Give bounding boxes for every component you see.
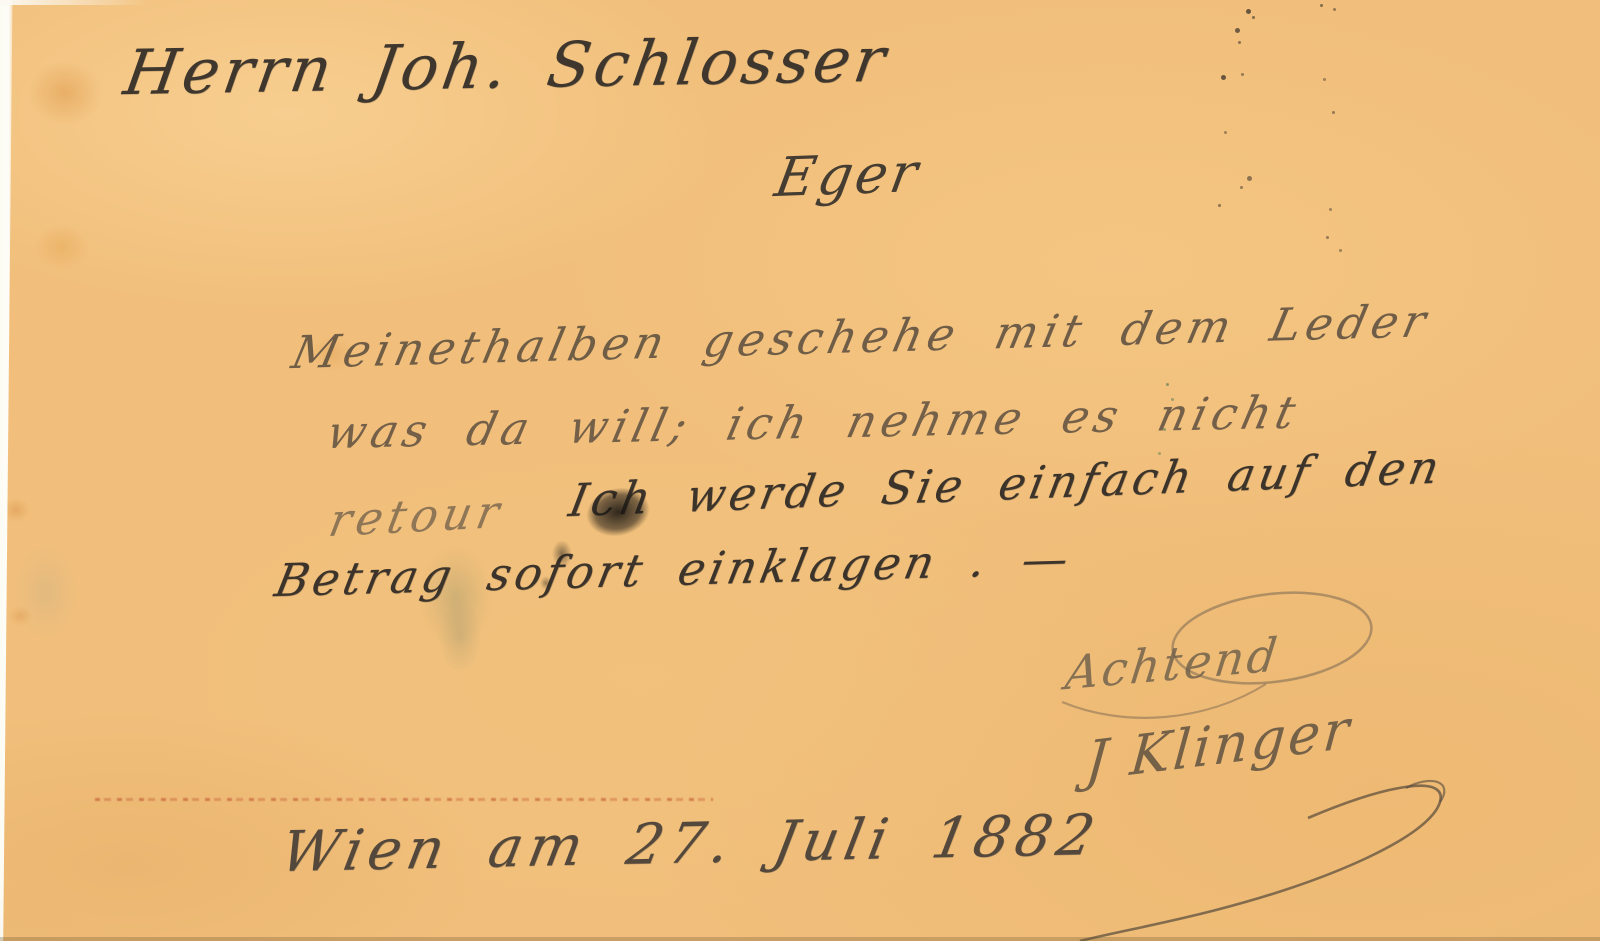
message-line-3-faded-word: retour (325, 485, 509, 548)
scan-edge-bottom (0, 937, 1600, 941)
paper-discoloration (14, 544, 78, 640)
scan-edge-left (0, 0, 3, 941)
message-line-3-inserted: Ich werde Sie einfach auf den (565, 440, 1448, 527)
message-line-4: Betrag sofort einklagen . — (271, 532, 1077, 608)
ink-blot-drip (552, 540, 572, 568)
signature-flourish (1000, 580, 1600, 941)
ink-blot (582, 482, 655, 542)
signature: J Klinger (1083, 697, 1354, 794)
scan-edge-top (0, 0, 150, 5)
message-line-2: was da will; ich nehme es nicht (322, 386, 1305, 460)
address-city-line: Eger (770, 141, 925, 209)
place-date-line: Wien am 27. Juli 1882 (276, 803, 1106, 885)
foxing-stain (28, 60, 102, 126)
postmark-smudge (438, 600, 482, 674)
printed-guide-line (95, 798, 713, 801)
foxing-stain (34, 224, 90, 270)
postcard-scan: Herrn Joh. Schlosser Eger Meinethalben g… (0, 0, 1600, 941)
foxing-stain (310, 336, 354, 372)
closing-valediction: Achtend (1063, 627, 1283, 700)
ink-blot-drip (540, 576, 552, 590)
message-line-1: Meinethalben geschehe mit dem Leder (287, 294, 1436, 379)
foxing-stain (8, 606, 32, 626)
address-recipient-line: Herrn Joh. Schlosser (119, 23, 894, 110)
